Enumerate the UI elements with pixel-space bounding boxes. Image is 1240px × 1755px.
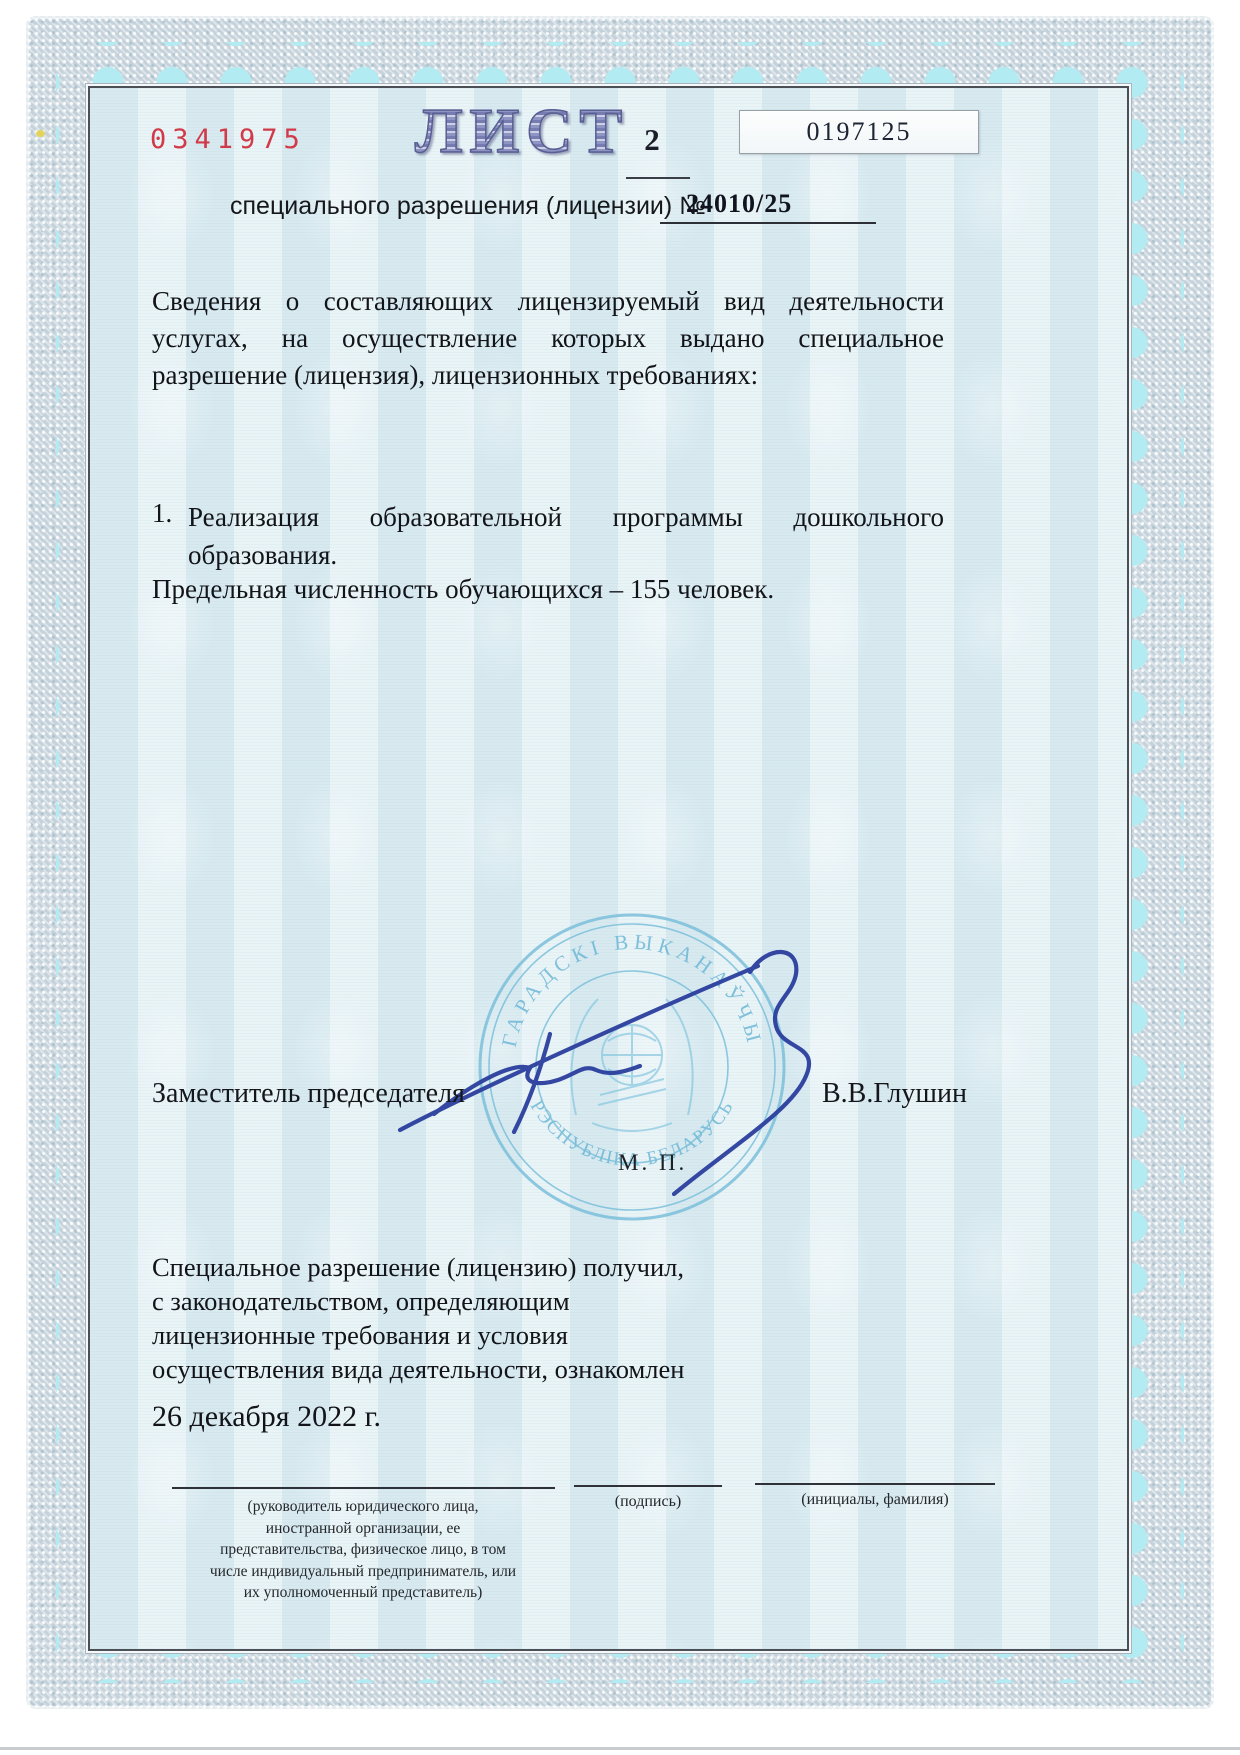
sheet-number: 2 [628,122,676,158]
form-number: 0197125 [807,117,912,147]
subtitle-text: специального разрешения (лицензии) № [230,192,706,221]
intro-line-1: Сведения о составляющих лицензируемый ви… [152,283,944,320]
document-title: ЛИСТ [382,94,662,168]
item-1-line-2: образования. [188,536,944,574]
ack-line-4: осуществления вида деятельности, ознаком… [152,1352,952,1386]
sheet-number-underline [626,177,690,179]
intro-line-2: услугах, на осуществление которых выдано… [152,320,944,357]
ack-line-2: с законодательством, определяющим [152,1284,952,1318]
license-number: 24010/25 [686,189,792,219]
item-1-marker: 1. [152,498,172,529]
item-1-text: Реализация образовательной программы дош… [188,498,944,574]
footer-line-initials [755,1483,995,1485]
intro-line-3: разрешение (лицензия), лицензионных треб… [152,357,944,394]
scan-edge-line [0,1747,1240,1750]
red-serial-number: 0341975 [150,124,306,155]
signer-name: В.В.Глушин [822,1078,967,1110]
enrollment-limit-line: Предельная численность обучающихся – 155… [152,574,774,605]
form-number-box: 0197125 [739,110,979,154]
footer-initials-caption: (инициалы, фамилия) [735,1491,1015,1509]
acknowledgement-paragraph: Специальное разрешение (лицензию) получи… [152,1250,952,1386]
intro-paragraph: Сведения о составляющих лицензируемый ви… [152,283,944,394]
seal-place-mark: М. П. [618,1150,687,1176]
paper-area: 0341975 ЛИСТ 2 0197125 специального разр… [88,86,1129,1651]
footer-role-line-2: иностранной организации, ее [162,1518,564,1540]
license-sheet-page: 0341975 ЛИСТ 2 0197125 специального разр… [0,0,1240,1755]
footer-role-line-5: их уполномоченный представитель) [162,1582,564,1604]
footer-line-signature [574,1485,722,1487]
license-number-underline [660,222,876,224]
ack-line-3: лицензионные требования и условия [152,1318,952,1352]
footer-role-line-3: представительства, физическое лицо, в то… [162,1539,564,1561]
date-line: 26 декабря 2022 г. [152,1400,381,1434]
footer-role-line-4: числе индивидуальный предприниматель, ил… [162,1561,564,1583]
signer-title: Заместитель председателя [152,1078,465,1110]
ack-line-1: Специальное разрешение (лицензию) получи… [152,1250,952,1284]
footer-role-caption: (руководитель юридического лица, иностра… [162,1496,564,1604]
footer-role-line-1: (руководитель юридического лица, [162,1496,564,1518]
item-1-line-1: Реализация образовательной программы дош… [188,498,944,536]
footer-signature-caption: (подпись) [574,1493,722,1511]
paper-speck [36,130,45,137]
footer-line-role [172,1487,555,1489]
